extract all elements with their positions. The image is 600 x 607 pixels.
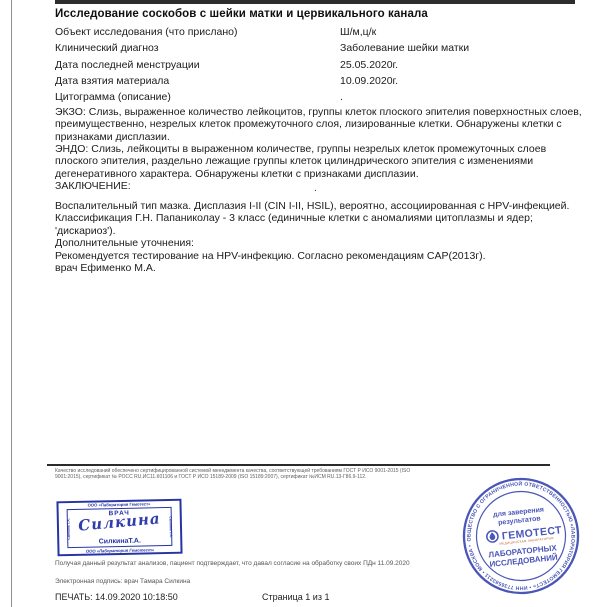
field-value: 25.05.2020г. bbox=[340, 59, 398, 71]
quality-note: Качество исследований обеспечено сертифи… bbox=[55, 468, 417, 480]
lab-round-stamp: ОБЩЕСТВО С ОГРАНИЧЕННОЙ ОТВЕТСТВЕННОСТЬЮ… bbox=[453, 468, 589, 604]
fields-table: Объект исследования (что прислано) Ш/м,ц… bbox=[55, 24, 585, 105]
field-row: Клинический диагноз Заболевание шейки ма… bbox=[55, 40, 585, 56]
page-counter: Страница 1 из 1 bbox=[262, 592, 329, 602]
conclusion-text: Воспалительный тип мазка. Дисплазия I-II… bbox=[55, 200, 591, 274]
page-top-border bbox=[55, 0, 575, 4]
field-row: Дата последней менструации 25.05.2020г. bbox=[55, 57, 585, 73]
endo-paragraph: ЭНДО: Слизь, лейкоциты в выраженном коли… bbox=[55, 143, 587, 180]
field-row: Цитограмма (описание) . bbox=[55, 89, 585, 105]
page-left-border bbox=[11, 0, 12, 607]
field-label: Дата последней менструации bbox=[55, 59, 200, 71]
doctor-stamp-name: СилкинаТ.А. bbox=[68, 537, 171, 546]
cytogram-description: ЭКЗО: Слизь, выраженное количество лейко… bbox=[55, 106, 587, 192]
print-timestamp: ПЕЧАТЬ: 14.09.2020 10:18:50 bbox=[55, 592, 178, 602]
lab-stamp-graphic: ОБЩЕСТВО С ОГРАНИЧЕННОЙ ОТВЕТСТВЕННОСТЬЮ… bbox=[453, 468, 589, 604]
conclusion-label: ЗАКЛЮЧЕНИЕ: bbox=[55, 180, 587, 192]
page-title: Исследование соскобов с шейки матки и це… bbox=[55, 8, 428, 20]
report-page: Исследование соскобов с шейки матки и це… bbox=[0, 0, 600, 607]
field-value: 10.09.2020г. bbox=[340, 75, 398, 87]
field-label: Цитограмма (описание) bbox=[55, 91, 171, 103]
conclusion-dot: . bbox=[314, 182, 317, 194]
field-label: Объект исследования (что прислано) bbox=[55, 26, 237, 38]
field-row: Объект исследования (что прислано) Ш/м,ц… bbox=[55, 24, 585, 40]
doctor-stamp: ООО «Лаборатория Гемотест» ООО «Лаборато… bbox=[56, 499, 182, 557]
field-value: Ш/м,ц/к bbox=[340, 26, 376, 38]
field-label: Клинический диагноз bbox=[55, 42, 159, 54]
consent-note: Получая данный результат анализов, пацие… bbox=[55, 560, 410, 567]
doctor-stamp-inner: ВРАЧ Силкина СилкинаТ.А. bbox=[67, 507, 173, 548]
ekzo-paragraph: ЭКЗО: Слизь, выраженное количество лейко… bbox=[55, 106, 587, 143]
field-value: Заболевание шейки матки bbox=[340, 42, 469, 54]
field-label: Дата взятия материала bbox=[55, 75, 169, 87]
field-row: Дата взятия материала 10.09.2020г. bbox=[55, 73, 585, 89]
gemotest-drop-icon bbox=[486, 530, 498, 542]
footer-separator bbox=[47, 464, 550, 466]
field-value: . bbox=[340, 91, 343, 103]
electronic-signature-line: Электронная подпись: врач Тамара Силкина bbox=[55, 578, 190, 585]
